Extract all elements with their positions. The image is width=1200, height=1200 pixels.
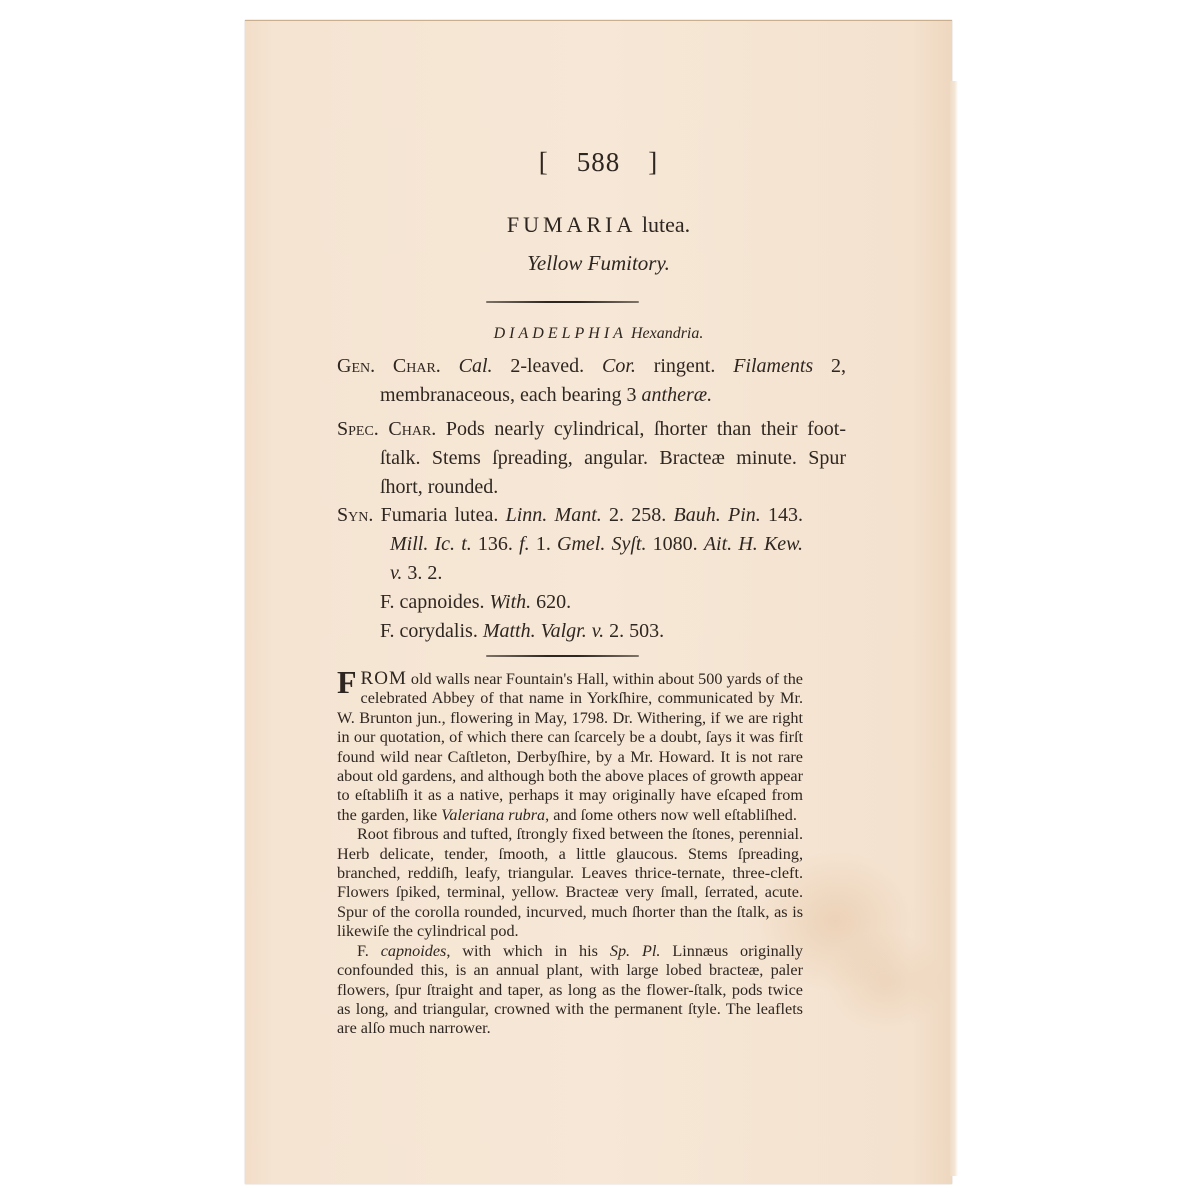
specific-character: Spec. Char. Pods nearly cylindrical, ſho…: [337, 415, 846, 502]
gen-char-filaments-label: Filaments: [733, 355, 813, 377]
gen-char-cor-text: ringent.: [636, 355, 733, 377]
synonym-entry: Syn. Fumaria lutea. Linn. Mant. 2. 258. …: [337, 501, 803, 588]
synonym-ref-italic: Mill. Ic. t.: [390, 533, 472, 555]
synonym-ref-plain: 1.: [530, 533, 557, 555]
paragraph-text: , and ſome others now well eſtabliſhed.: [545, 806, 797, 824]
common-name: Yellow Fumitory.: [245, 251, 952, 276]
synonym-ref-italic: Linn. Mant.: [506, 504, 602, 526]
synonym-ref-plain: 143.: [761, 504, 803, 526]
paragraph-text: , with which in his: [446, 942, 610, 960]
synonym-ref-plain: 3. 2.: [402, 562, 442, 584]
synonym-ref-plain: 1080.: [647, 533, 704, 555]
linnaean-order: Hexandria.: [631, 325, 703, 342]
synonym-ref-italic: Gmel. Syſt.: [557, 533, 646, 555]
synonym-entry: F. capnoides. With. 620.: [337, 588, 803, 617]
synonym-name: F. capnoides.: [380, 591, 490, 613]
first-word: ROM: [361, 668, 407, 689]
linnaean-classification: DIADELPHIA Hexandria.: [245, 325, 952, 343]
divider-rule-top: [486, 301, 639, 303]
synonym-ref-plain: 2. 503.: [604, 620, 664, 642]
generic-character: Gen. Char. Cal. 2-leaved. Cor. ringent. …: [337, 352, 846, 410]
page-number: [588]: [245, 147, 952, 178]
species-title: FUMARIA lutea.: [245, 212, 952, 238]
divider-rule-bottom: [486, 655, 639, 657]
synonym-ref-plain: 136.: [472, 533, 519, 555]
syn-label: Syn.: [337, 504, 373, 526]
paragraph-italic: Sp. Pl.: [610, 942, 661, 960]
drop-cap: F: [337, 672, 357, 692]
paragraph-italic: capnoides: [381, 942, 447, 960]
synonym-entry: F. corydalis. Matth. Valgr. v. 2. 503.: [337, 617, 803, 646]
gen-char-label: Gen. Char.: [337, 355, 441, 377]
paragraph-text: old walls near Fountain's Hall, within a…: [337, 670, 803, 824]
spec-char-label: Spec. Char.: [337, 418, 436, 440]
synonym-ref-plain: 2. 258.: [602, 504, 674, 526]
species-epithet: lutea.: [642, 212, 690, 237]
description-body: FROM old walls near Fountain's Hall, wit…: [337, 669, 803, 1039]
page-number-value: 588: [577, 147, 621, 177]
synonym-ref-plain: 620.: [531, 591, 571, 613]
paragraph-text: F.: [357, 942, 381, 960]
gen-char-cal-text: 2-leaved.: [493, 355, 602, 377]
gen-char-cor-label: Cor.: [602, 355, 636, 377]
gen-char-antherae: antheræ.: [642, 384, 713, 406]
paragraph-habitat: FROM old walls near Fountain's Hall, wit…: [337, 669, 803, 825]
synonym-name: F. corydalis.: [380, 620, 483, 642]
gen-char-cal-label: Cal.: [459, 355, 493, 377]
synonym-ref-italic: Matth. Valgr. v.: [483, 620, 604, 642]
spec-char-text: Pods nearly cylindrical, ſhorter than th…: [380, 418, 846, 498]
book-page: [588] FUMARIA lutea. Yellow Fumitory. DI…: [245, 20, 952, 1184]
linnaean-class: DIADELPHIA: [494, 325, 627, 342]
paragraph-description: Root fibrous and tufted, ſtrongly fixed …: [337, 825, 803, 941]
synonym-ref-italic: With.: [490, 591, 532, 613]
page-number-bracket-left: [: [539, 147, 549, 178]
scan-background: [588] FUMARIA lutea. Yellow Fumitory. DI…: [0, 0, 1200, 1200]
genus-name: FUMARIA: [507, 212, 636, 237]
page-number-bracket-right: ]: [648, 147, 658, 178]
paragraph-italic: Valeriana rubra: [441, 806, 545, 824]
paragraph-comparison: F. capnoides, with which in his Sp. Pl. …: [337, 942, 803, 1039]
synonym-ref-italic: f.: [519, 533, 530, 555]
synonym-name: Fumaria lutea.: [373, 504, 505, 526]
synonym-ref-italic: Bauh. Pin.: [674, 504, 761, 526]
synonymy: Syn. Fumaria lutea. Linn. Mant. 2. 258. …: [337, 501, 803, 646]
